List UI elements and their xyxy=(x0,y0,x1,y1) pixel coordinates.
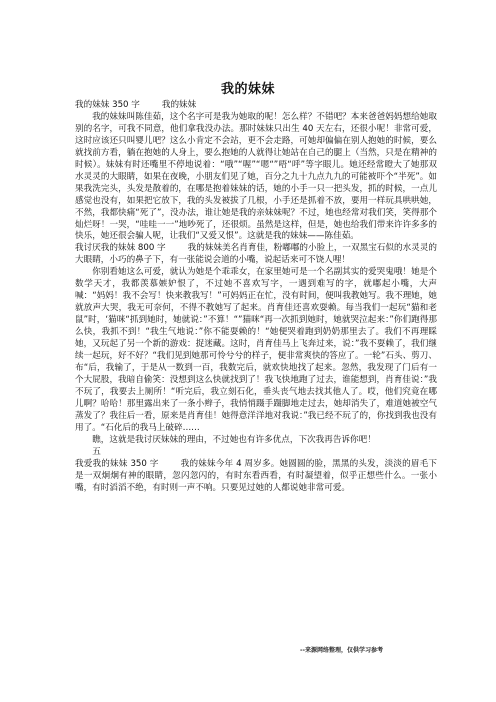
section-heading: 我爱我的妹妹 350 字 xyxy=(75,459,159,469)
paragraph: 我的妹妹叫陈佳茹，这个名字可是我为她取的呢！怎么样？不错吧？本来爸爸妈妈想给她取… xyxy=(75,112,437,243)
section-3-heading-line: 我爱我的妹妹 350 字我的妹妹今年 4 周岁多。她圆圆的脸，黑黑的头发，淡淡的… xyxy=(75,459,437,495)
paragraph: 你别看她这么可爱，就认为她是个乖乖女，在家里她可是一个名副其实的爱哭鬼哦！她是个… xyxy=(75,267,437,434)
section-2-heading-line: 我讨厌我的妹妹 800 字我的妹妹美名肖育佳，粉嘟嘟的小脸上，一双黑宝石似的水灵… xyxy=(75,243,437,267)
section-heading: 我讨厌我的妹妹 800 字 xyxy=(75,243,166,253)
section-number: 五 xyxy=(75,447,437,459)
section-heading: 我的妹妹 350 字 xyxy=(75,100,140,110)
paragraph: 瞧，这就是我讨厌妹妹的理由，不过她也有许多优点，下次我再告诉你吧！ xyxy=(75,435,437,447)
document-page: 我的妹妹 我的妹妹 350 字我的妹妹 我的妹妹叫陈佳茹，这个名字可是我为她取的… xyxy=(0,0,496,702)
section-1-heading-line: 我的妹妹 350 字我的妹妹 xyxy=(75,100,437,112)
document-title: 我的妹妹 xyxy=(0,78,496,97)
source-footer: --来源网络整理，仅供学习参考 xyxy=(300,645,383,654)
document-body: 我的妹妹 350 字我的妹妹 我的妹妹叫陈佳茹，这个名字可是我为她取的呢！怎么样… xyxy=(75,100,437,494)
section-heading-title: 我的妹妹 xyxy=(162,100,196,110)
